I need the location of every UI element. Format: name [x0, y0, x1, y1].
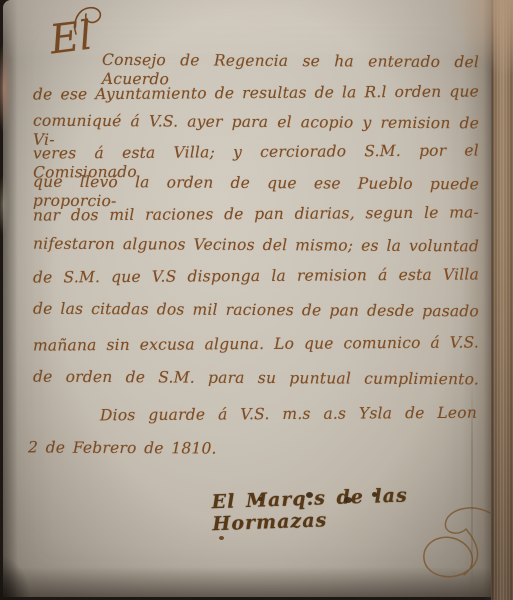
letter-line-11: de orden de S.M. para su puntual cumplim…	[33, 368, 479, 389]
ink-speck	[219, 536, 224, 540]
left-edge-smudge	[0, 42, 12, 134]
closing-line: Dios guarde á V.S. m.s a.s Ysla de Leon	[100, 404, 477, 425]
book-page-edges	[491, 0, 513, 600]
document-photo: El Consejo de Regencia se ha enterado de…	[0, 0, 513, 600]
ink-blot	[372, 492, 377, 497]
date-line: 2 de Febrero de 1810.	[28, 438, 217, 458]
ink-blot	[258, 497, 262, 501]
letter-line-10: mañana sin excusa alguna. Lo que comunic…	[33, 333, 479, 355]
letter-line-6: nar dos mil raciones de pan diarias, seg…	[33, 203, 479, 225]
letter-line-8: de S.M. que V.S disponga la remision á e…	[33, 265, 479, 287]
letter-line-9: de las citadas dos mil raciones de pan d…	[33, 300, 479, 321]
top-right-highlight	[449, 0, 513, 74]
letter-line-2: de ese Ayuntamiento de resultas de la R.…	[33, 82, 479, 104]
left-edge-smudge-lower	[0, 175, 9, 235]
initial-flourish	[70, 4, 104, 38]
ink-blot	[344, 497, 352, 503]
letter-line-7: nifestaron algunos Vecinos del mismo; es…	[33, 235, 479, 256]
ink-blot	[306, 492, 313, 498]
page-edge-shadow	[483, 0, 493, 600]
paper-crease	[471, 382, 473, 594]
bottom-left-shadow	[0, 556, 30, 600]
